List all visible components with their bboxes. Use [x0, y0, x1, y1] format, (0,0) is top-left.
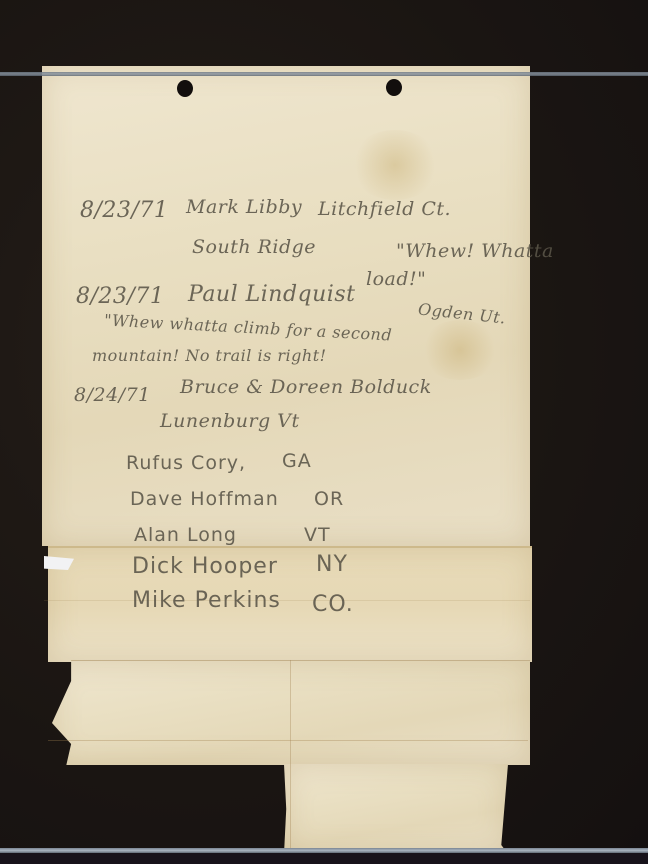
mounting-rail-top — [0, 72, 648, 76]
signature-state: CO. — [312, 592, 354, 617]
entry-name: Bruce & Doreen Bolduck — [180, 376, 432, 398]
signature-name: Dick Hooper — [132, 554, 278, 579]
register-page-bottom-fragment — [284, 764, 508, 854]
entry-note: mountain! No trail is right! — [92, 346, 327, 365]
entry-date: 8/24/71 — [74, 384, 151, 406]
signature-name: Dave Hoffman — [130, 488, 279, 510]
bottom-shadow — [0, 853, 648, 864]
entry-note: South Ridge — [192, 236, 316, 258]
entry-name: Paul Lindquist — [188, 282, 355, 307]
binder-hole — [177, 80, 193, 97]
entry-date: 8/23/71 — [76, 284, 164, 309]
paper-crease — [48, 740, 528, 741]
water-stain — [350, 130, 440, 200]
entry-name: Mark Libby — [186, 196, 302, 218]
register-page-band — [48, 546, 532, 662]
water-stain — [420, 320, 500, 380]
entry-location: Litchfield Ct. — [318, 198, 451, 220]
signature-name: Rufus Cory, — [126, 452, 246, 474]
signature-name: Alan Long — [134, 524, 237, 546]
paper-crease — [44, 600, 530, 601]
entry-date: 8/23/71 — [80, 198, 168, 223]
signature-name: Mike Perkins — [132, 588, 281, 613]
signature-state: VT — [304, 524, 331, 546]
signature-state: GA — [282, 450, 312, 472]
entry-note: load!" — [366, 268, 426, 290]
binder-hole — [386, 79, 402, 96]
signature-state: OR — [314, 488, 344, 510]
entry-location: Lunenburg Vt — [160, 410, 300, 432]
paper-crease — [290, 660, 291, 850]
entry-note: "Whew! Whatta — [396, 240, 554, 262]
register-page-torn-section — [52, 660, 530, 765]
signature-state: NY — [316, 552, 348, 577]
